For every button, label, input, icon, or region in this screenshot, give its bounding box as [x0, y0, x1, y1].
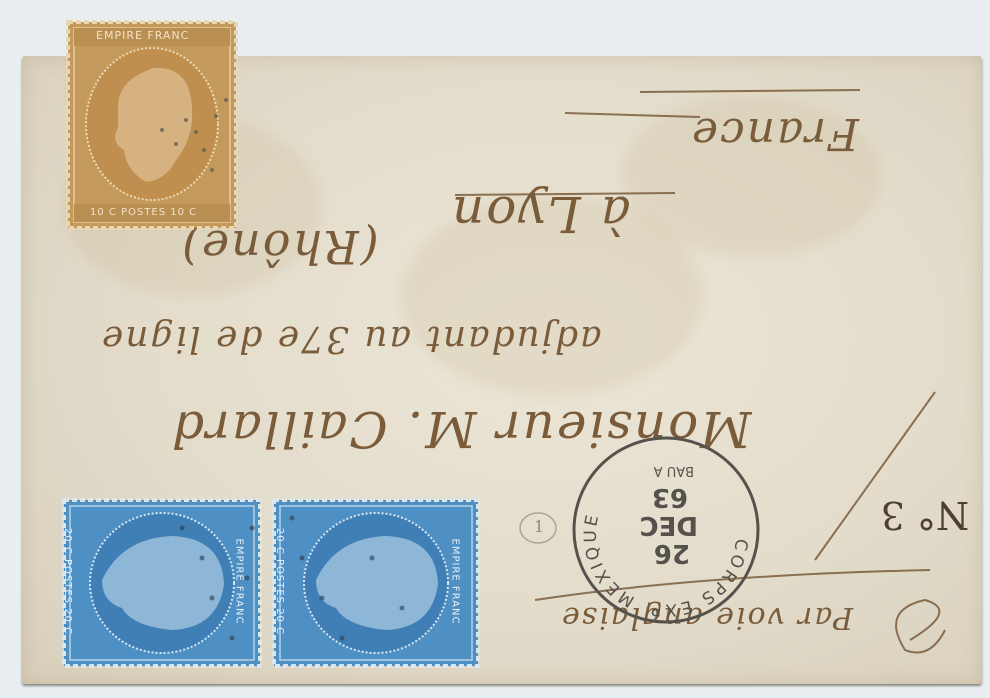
stamp-10c-brown: [66, 20, 238, 230]
stamp-10c-bottom-label: 10 C POSTES 10 C: [90, 207, 197, 218]
stamp-20c-left-label: 20 C POSTES 20 C: [62, 528, 73, 635]
oval-marking-value: 1: [534, 517, 544, 536]
side-note: N° 3: [870, 430, 980, 590]
cover-scene: France à Lyon (Rhône) adjudant au 37e de…: [0, 0, 990, 698]
postmark-year: 63: [652, 482, 688, 512]
postmark-day: 26: [654, 538, 690, 568]
stamp-10c-top-label: EMPIRE FRANC: [96, 29, 189, 42]
stamp-20c-right-label-2: EMPIRE FRANC: [449, 539, 460, 625]
stamp-20c-right-label: EMPIRE FRANC: [233, 539, 244, 625]
stamp-20c-blue-left: [62, 498, 262, 668]
oval-marking: 1: [515, 505, 561, 551]
postmark-month: DEC: [640, 510, 698, 540]
postmark-office: BAU A: [654, 463, 694, 478]
postmark: CORPS EXP. MEXIQUE 26 DEC 63 BAU A: [568, 432, 764, 628]
stamp-20c-left-label-2: 20 C POSTES 20 C: [274, 528, 285, 635]
